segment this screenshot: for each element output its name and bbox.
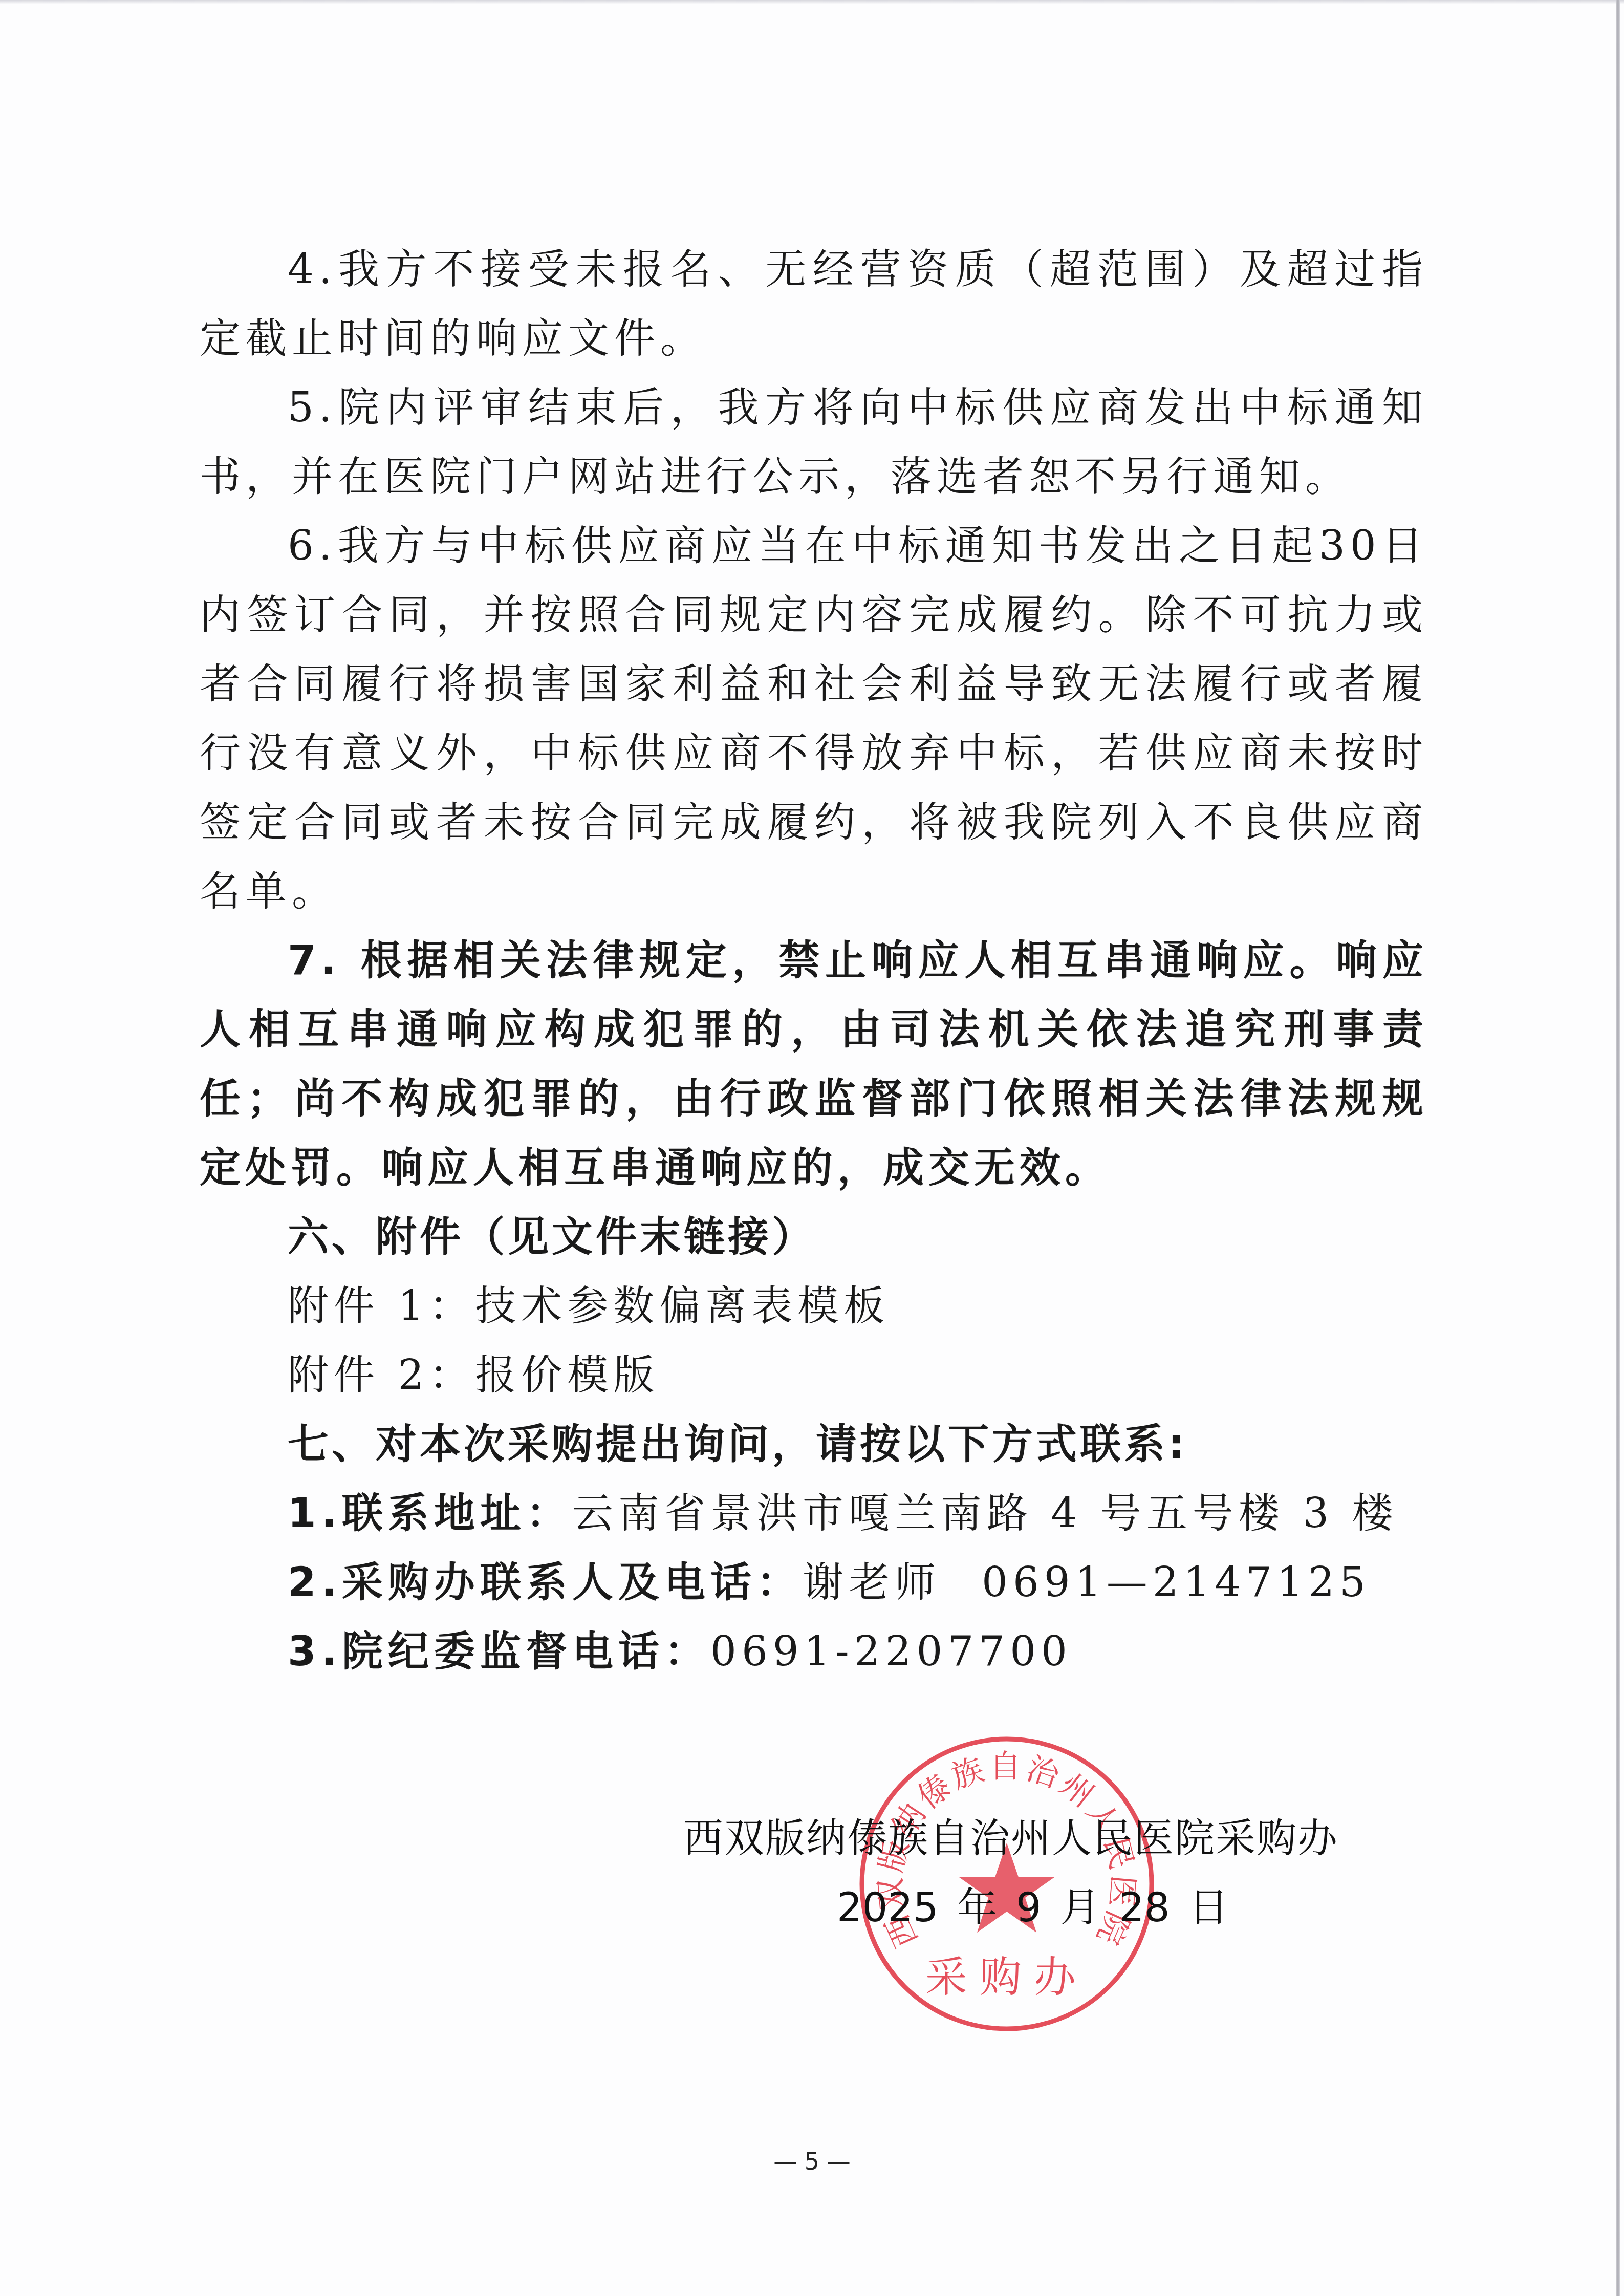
signature-block: 西双版纳傣族自治州人民医院采购办 2025 年 9 月 28 日 [683, 1805, 1338, 1943]
contact-address-label: 1.联系地址： [288, 1489, 572, 1537]
attachment-1-name[interactable]: 技术参数偏离表模板 [475, 1282, 890, 1329]
contact-address: 1.联系地址：云南省景洪市嘎兰南路 4 号五号楼 3 楼 [200, 1478, 1428, 1548]
scan-artifact-top [0, 0, 1624, 4]
contact-procurement-label: 2.采购办联系人及电话： [288, 1558, 803, 1606]
attachment-2-name[interactable]: 报价模版 [475, 1351, 659, 1399]
attachment-2-label: 附件 2： [288, 1351, 475, 1399]
contact-address-value: 云南省景洪市嘎兰南路 4 号五号楼 3 楼 [572, 1489, 1398, 1537]
attachment-1[interactable]: 附件 1：技术参数偏离表模板 [200, 1271, 1428, 1340]
contact-supervision: 3.院纪委监督电话：0691-2207700 [200, 1617, 1428, 1686]
section-6-heading: 六、附件（见文件末链接） [200, 1202, 1428, 1271]
page-number: — 5 — [0, 2148, 1624, 2175]
attachment-2[interactable]: 附件 2：报价模版 [200, 1340, 1428, 1409]
paragraph-item-7-collusion-notice: 7. 根据相关法律规定，禁止响应人相互串通响应。响应人相互串通响应构成犯罪的，由… [200, 926, 1428, 1202]
paragraph-item-5: 5.院内评审结束后，我方将向中标供应商发出中标通知书，并在医院门户网站进行公示，… [200, 373, 1428, 511]
contact-supervision-phone: 0691-2207700 [710, 1627, 1072, 1675]
section-7-heading: 七、对本次采购提出询问，请按以下方式联系: [200, 1409, 1428, 1478]
paragraph-item-6: 6.我方与中标供应商应当在中标通知书发出之日起30日内签订合同，并按照合同规定内… [200, 511, 1428, 926]
contact-procurement-person: 谢老师 [803, 1558, 941, 1606]
page-edge-border [1616, 0, 1620, 2296]
signature-date: 2025 年 9 月 28 日 [683, 1874, 1338, 1943]
stamp-center-text: 采购办 [925, 1953, 1088, 2002]
attachment-1-label: 附件 1： [288, 1282, 475, 1329]
signature-organization: 西双版纳傣族自治州人民医院采购办 [683, 1805, 1338, 1874]
document-body: 4.我方不接受未报名、无经营资质（超范围）及超过指定截止时间的响应文件。 5.院… [200, 234, 1428, 1686]
contact-procurement: 2.采购办联系人及电话：谢老师0691—2147125 [200, 1548, 1428, 1617]
paragraph-item-4: 4.我方不接受未报名、无经营资质（超范围）及超过指定截止时间的响应文件。 [200, 234, 1428, 373]
contact-supervision-label: 3.院纪委监督电话： [288, 1627, 710, 1675]
contact-procurement-phone: 0691—2147125 [982, 1558, 1371, 1606]
